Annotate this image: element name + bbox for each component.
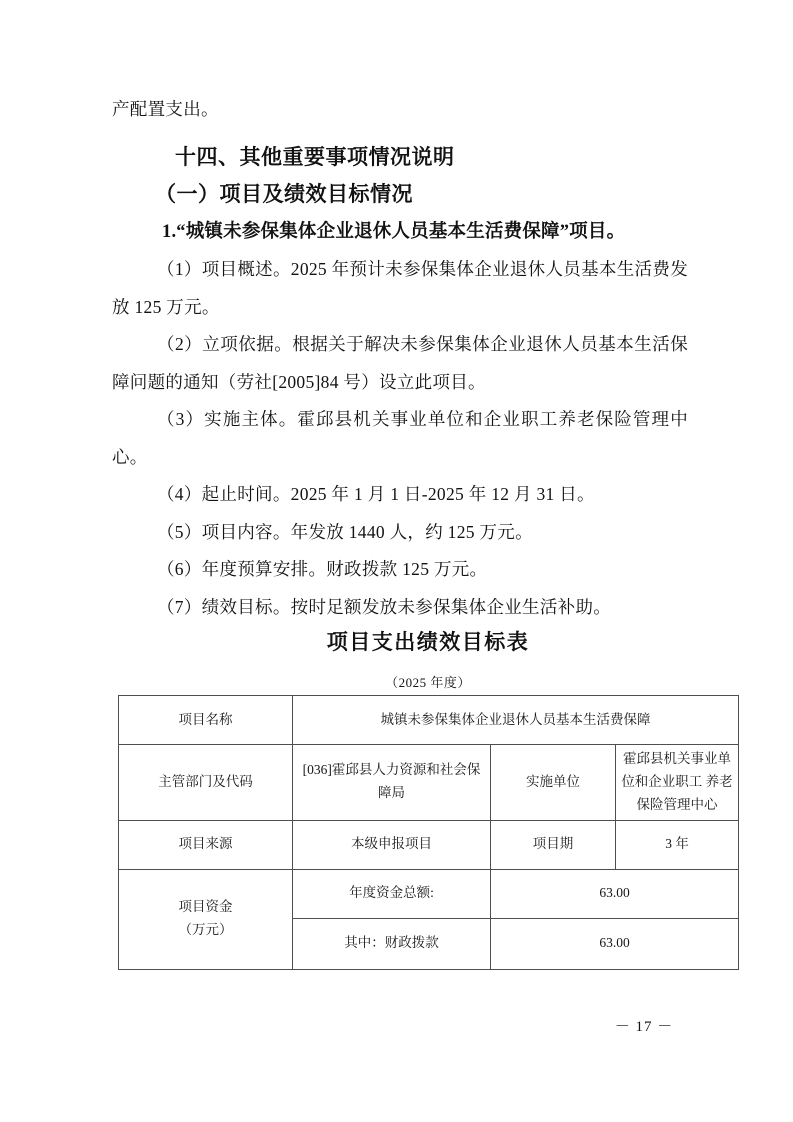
table-row: 项目来源 本级申报项目 项目期 3 年 <box>119 820 739 869</box>
item-7-performance-goal: （7）绩效目标。按时足额发放未参保集体企业生活补助。 <box>112 589 688 627</box>
document-page: 产配置支出。 十四、其他重要事项情况说明 （一）项目及绩效目标情况 1.“城镇未… <box>0 0 793 1122</box>
paragraph-asset-allocation-continuation: 产配置支出。 <box>112 91 688 129</box>
project-title-paragraph: 1.“城镇未参保集体企业退休人员基本生活费保障”项目。 <box>112 214 688 252</box>
table-row: 项目名称 城镇未参保集体企业退休人员基本生活费保障 <box>119 696 739 745</box>
project-performance-table: 项目名称 城镇未参保集体企业退休人员基本生活费保障 主管部门及代码 [036]霍… <box>118 695 739 970</box>
funds-label-cell: 项目资金 （万元） <box>119 869 293 969</box>
item-4-time-range: （4）起止时间。2025 年 1 月 1 日-2025 年 12 月 31 日。 <box>112 476 688 514</box>
table-subtitle-year: （2025 年度） <box>118 673 738 692</box>
section-heading-other-matters: 十四、其他重要事项情况说明 <box>112 139 688 177</box>
table-title: 项目支出绩效目标表 <box>118 627 738 657</box>
period-label-cell: 项目期 <box>491 820 616 869</box>
annual-total-value-cell: 63.00 <box>491 869 739 918</box>
text-block: 产配置支出。 十四、其他重要事项情况说明 （一）项目及绩效目标情况 1.“城镇未… <box>112 91 688 970</box>
project-name-value-cell: 城镇未参保集体企业退休人员基本生活费保障 <box>293 696 739 745</box>
source-label-cell: 项目来源 <box>119 820 293 869</box>
project-name-label-cell: 项目名称 <box>119 696 293 745</box>
impl-unit-value-cell: 霍邱县机关事业单位和企业职工 养老保险管理中心 <box>616 745 739 821</box>
impl-unit-label-cell: 实施单位 <box>491 745 616 821</box>
dept-value-cell: [036]霍邱县人力资源和社会保障局 <box>293 745 491 821</box>
annual-total-label-cell: 年度资金总额: <box>293 869 491 918</box>
item-2-project-basis: （2）立项依据。根据关于解决未参保集体企业退休人员基本生活保障问题的通知（劳社[… <box>112 326 688 401</box>
item-3-implementing-body: （3）实施主体。霍邱县机关事业单位和企业职工养老保险管理中心。 <box>112 401 688 476</box>
table-row: 项目资金 （万元） 年度资金总额: 63.00 <box>119 869 739 918</box>
item-5-project-content: （5）项目内容。年发放 1440 人，约 125 万元。 <box>112 514 688 552</box>
funds-label-line1: 项目资金 <box>179 899 233 914</box>
dept-label-cell: 主管部门及代码 <box>119 745 293 821</box>
performance-table-block: 项目支出绩效目标表 （2025 年度） 项目名称 城镇未参保集体企业退休人员基本… <box>118 627 738 970</box>
table-row: 主管部门及代码 [036]霍邱县人力资源和社会保障局 实施单位 霍邱县机关事业单… <box>119 745 739 821</box>
fiscal-allocation-label-cell: 其中：财政拨款 <box>293 918 491 969</box>
fiscal-allocation-value-cell: 63.00 <box>491 918 739 969</box>
page-number: － 17 － <box>579 1016 709 1038</box>
item-1-project-overview: （1）项目概述。2025 年预计未参保集体企业退休人员基本生活费发放 125 万… <box>112 251 688 326</box>
subsection-heading-project-performance: （一）项目及绩效目标情况 <box>112 176 688 214</box>
funds-label-line2: （万元） <box>179 922 233 937</box>
item-6-annual-budget: （6）年度预算安排。财政拨款 125 万元。 <box>112 551 688 589</box>
source-value-cell: 本级申报项目 <box>293 820 491 869</box>
period-value-cell: 3 年 <box>616 820 739 869</box>
